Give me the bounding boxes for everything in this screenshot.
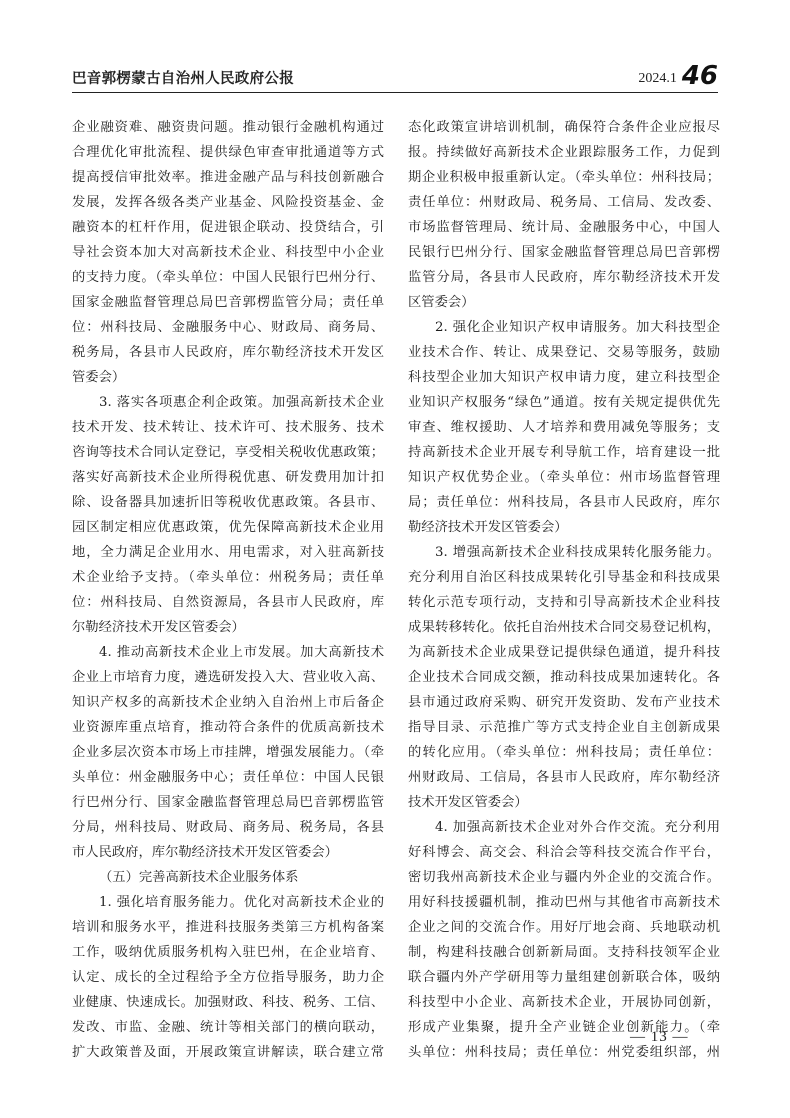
text-line: 4. 推动高新技术企业上市发展。加大高新技术	[72, 640, 384, 665]
text-line: 企业之间的交流合作。用好厅地会商、兵地联动机	[408, 915, 720, 940]
text-line: 报。持续做好高新技术企业跟踪服务工作，力促到	[408, 140, 720, 165]
text-line: 局；责任单位：州科技局，各县市人民政府，库尔	[408, 490, 720, 515]
text-line: 园区制定相应优惠政策，优先保障高新技术企业用	[72, 515, 384, 540]
text-line: 联合疆内外产学研用等力量组建创新联合体，吸纳	[408, 965, 720, 990]
text-line: 位：州科技局、金融服务中心、财政局、商务局、	[72, 315, 384, 340]
text-line: 业技术合作、转让、成果登记、交易等服务，鼓励	[408, 340, 720, 365]
text-line: 头单位：州金融服务中心；责任单位：中国人民银	[72, 765, 384, 790]
text-line: 县市通过政府采购、研究开发资助、发布产业技术	[408, 690, 720, 715]
text-line: 市场监督管理局、统计局、金融服务中心，中国人	[408, 215, 720, 240]
text-line: 导社会资本加大对高新技术企业、科技型中小企业	[72, 240, 384, 265]
text-line: 制，构建科技融合创新新局面。支持科技领军企业	[408, 940, 720, 965]
text-line: 知识产权多的高新技术企业纳入自治州上市后备企	[72, 690, 384, 715]
text-line: 扩大政策普及面，开展政策宣讲解读，联合建立常	[72, 1040, 384, 1065]
text-line: 工作，吸纳优质服务机构入驻巴州，在企业培育、	[72, 940, 384, 965]
text-line: 技术开发区管委会）	[408, 790, 720, 815]
text-line: 监管分局，各县市人民政府，库尔勒经济技术开发	[408, 265, 720, 290]
text-line: 业知识产权服务“绿色”通道。按有关规定提供优先	[408, 390, 720, 415]
left-column: 企业融资难、融资贵问题。推动银行金融机构通过合理优化审批流程、提供绿色审查审批通…	[72, 115, 384, 1065]
text-line: 1. 强化培育服务能力。优化对高新技术企业的	[72, 890, 384, 915]
text-line: 区管委会）	[408, 290, 720, 315]
text-line: 转化示范专项行动，支持和引导高新技术企业科技	[408, 590, 720, 615]
issue-info: 2024.1 46	[638, 63, 718, 89]
text-line: 企业技术合同成交额，推动科技成果加速转化。各	[408, 665, 720, 690]
issue-number: 46	[682, 63, 718, 89]
text-line: 技术开发、技术转让、技术许可、技术服务、技术	[72, 415, 384, 440]
text-line: 密切我州高新技术企业与疆内外企业的交流合作。	[408, 865, 720, 890]
text-line: 2. 强化企业知识产权申请服务。加大科技型企	[408, 315, 720, 340]
text-line: 用好科技援疆机制，推动巴州与其他省市高新技术	[408, 890, 720, 915]
text-line: 培训和服务水平，推进科技服务类第三方机构备案	[72, 915, 384, 940]
text-line: 持高新技术企业开展专利导航工作，培育建设一批	[408, 440, 720, 465]
text-line: 勒经济技术开发区管委会）	[408, 515, 720, 540]
text-line: 责任单位：州财政局、税务局、工信局、发改委、	[408, 190, 720, 215]
text-line: 成果转移转化。依托自治州技术合同交易登记机构，	[408, 615, 720, 640]
text-line: 3. 落实各项惠企利企政策。加强高新技术企业	[72, 390, 384, 415]
text-line: 为高新技术企业成果登记提供绿色通道，提升科技	[408, 640, 720, 665]
text-line: 的支持力度。（牵头单位：中国人民银行巴州分行、	[72, 265, 384, 290]
text-line: 发展，发挥各级各类产业基金、风险投资基金、金	[72, 190, 384, 215]
text-line: 合理优化审批流程、提供绿色审查审批通道等方式	[72, 140, 384, 165]
text-line: 业资源库重点培育，推动符合条件的优质高新技术	[72, 715, 384, 740]
text-line: 管委会）	[72, 365, 384, 390]
text-line: 融资本的杠杆作用，促进银企联动、投贷结合，引	[72, 215, 384, 240]
text-line: 科技型企业加大知识产权申请力度，建立科技型企	[408, 365, 720, 390]
text-line: 尔勒经济技术开发区管委会）	[72, 615, 384, 640]
text-line: 3. 增强高新技术企业科技成果转化服务能力。	[408, 540, 720, 565]
text-line: 咨询等技术合同认定登记，享受相关税收优惠政策；	[72, 440, 384, 465]
text-line: 知识产权优势企业。（牵头单位：州市场监督管理	[408, 465, 720, 490]
text-line: 态化政策宣讲培训机制，确保符合条件企业应报尽	[408, 115, 720, 140]
text-line: 国家金融监督管理总局巴音郭楞监管分局；责任单	[72, 290, 384, 315]
text-line: 4. 加强高新技术企业对外合作交流。充分利用	[408, 815, 720, 840]
text-line: 充分利用自治区科技成果转化引导基金和科技成果	[408, 565, 720, 590]
text-line: 认定、成长的全过程给予全方位指导服务，助力企	[72, 965, 384, 990]
text-line: 企业多层次资本市场上市挂牌，增强发展能力。（牵	[72, 740, 384, 765]
text-line: 好科博会、高交会、科洽会等科技交流合作平台，	[408, 840, 720, 865]
text-line: 地，全力满足企业用水、用电需求，对入驻高新技	[72, 540, 384, 565]
text-line: 业健康、快速成长。加强财政、科技、税务、工信、	[72, 990, 384, 1015]
text-line: 州财政局、工信局，各县市人民政府，库尔勒经济	[408, 765, 720, 790]
publication-title: 巴音郭楞蒙古自治州人民政府公报	[72, 67, 294, 88]
right-column: 态化政策宣讲培训机制，确保符合条件企业应报尽报。持续做好高新技术企业跟踪服务工作…	[408, 115, 720, 1065]
text-line: 位：州科技局、自然资源局，各县市人民政府，库	[72, 590, 384, 615]
text-line: 的转化应用。（牵头单位：州科技局；责任单位：	[408, 740, 720, 765]
text-line: 企业融资难、融资贵问题。推动银行金融机构通过	[72, 115, 384, 140]
text-line: 市人民政府，库尔勒经济技术开发区管委会）	[72, 840, 384, 865]
page-header: 巴音郭楞蒙古自治州人民政府公报 2024.1 46	[72, 66, 718, 93]
text-line: 民银行巴州分行、国家金融监督管理总局巴音郭楞	[408, 240, 720, 265]
text-line: 税务局，各县市人民政府，库尔勒经济技术开发区	[72, 340, 384, 365]
text-line: 落实好高新技术企业所得税优惠、研发费用加计扣	[72, 465, 384, 490]
text-line: 提高授信审批效率。推进金融产品与科技创新融合	[72, 165, 384, 190]
text-line: 术企业给予支持。（牵头单位：州税务局；责任单	[72, 565, 384, 590]
text-line: 行巴州分行、国家金融监督管理总局巴音郭楞监管	[72, 790, 384, 815]
page-number: — 13 —	[630, 1029, 689, 1046]
text-line: 发改、市监、金融、统计等相关部门的横向联动，	[72, 1015, 384, 1040]
text-line: 科技型中小企业、高新技术企业，开展协同创新，	[408, 990, 720, 1015]
text-line: 企业上市培育力度，遴选研发投入大、营业收入高、	[72, 665, 384, 690]
section-heading: （五）完善高新技术企业服务体系	[72, 865, 384, 890]
issue-date: 2024.1	[638, 71, 677, 87]
text-line: 除、设备器具加速折旧等税收优惠政策。各县市、	[72, 490, 384, 515]
text-line: 期企业积极申报重新认定。（牵头单位：州科技局；	[408, 165, 720, 190]
text-line: 审查、维权援助、人才培养和费用减免等服务；支	[408, 415, 720, 440]
text-line: 分局，州科技局、财政局、商务局、税务局，各县	[72, 815, 384, 840]
text-line: 指导目录、示范推广等方式支持企业自主创新成果	[408, 715, 720, 740]
